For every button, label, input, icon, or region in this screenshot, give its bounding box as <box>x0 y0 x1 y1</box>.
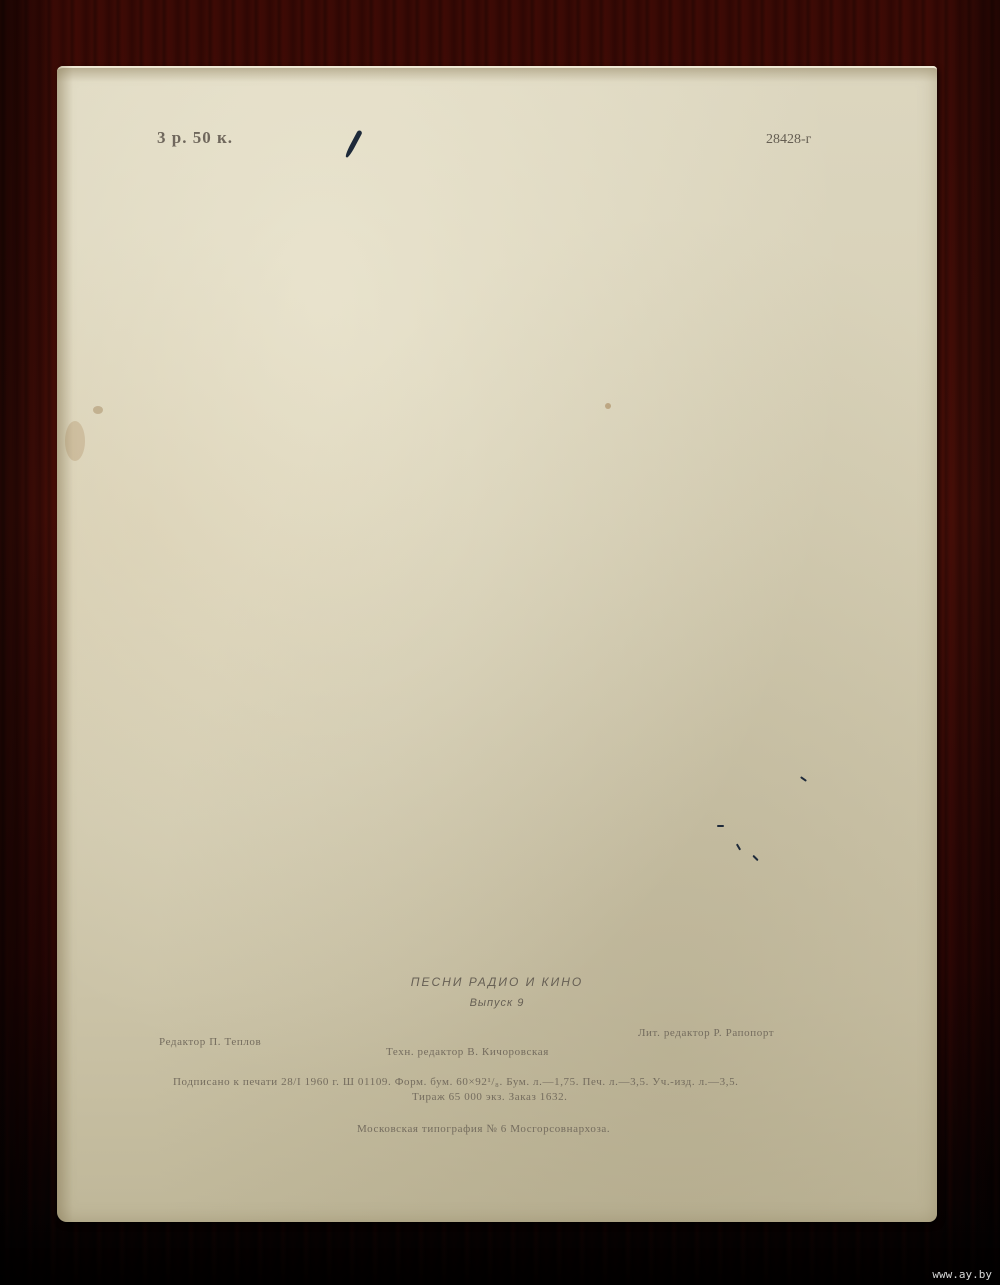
catalog-code: 28428-г <box>766 132 811 148</box>
wood-background-shade <box>0 0 60 1285</box>
foxing-spot <box>605 403 611 409</box>
site-watermark: www.ay.by <box>932 1268 992 1281</box>
ink-mark-icon <box>344 130 362 159</box>
ink-speck-icon <box>736 843 741 850</box>
issue-number: Выпуск 9 <box>57 997 937 1009</box>
water-stain <box>65 421 85 461</box>
price-label: 3 р. 50 к. <box>157 128 233 148</box>
booklet-title: ПЕСНИ РАДИО И КИНО <box>57 975 937 989</box>
wood-background-shade <box>940 0 1000 1285</box>
imprint-print-run: Тираж 65 000 экз. Заказ 1632. <box>412 1091 568 1103</box>
printer-name: Московская типография № 6 Мосгорсовнархо… <box>357 1123 610 1135</box>
lit-editor-credit: Лит. редактор Р. Рапопорт <box>638 1027 774 1039</box>
tech-editor-credit: Техн. редактор В. Кичоровская <box>386 1046 549 1058</box>
booklet-back-cover: 3 р. 50 к. 28428-г ПЕСНИ РАДИО И КИНО Вы… <box>57 66 937 1222</box>
editor-credit: Редактор П. Теплов <box>159 1036 261 1048</box>
ink-speck-icon <box>800 776 807 782</box>
foxing-spot <box>93 406 103 414</box>
imprint-print-details: Подписано к печати 28/I 1960 г. Ш 01109.… <box>173 1076 739 1088</box>
ink-speck-icon <box>752 855 758 861</box>
ink-speck-icon <box>717 825 724 827</box>
